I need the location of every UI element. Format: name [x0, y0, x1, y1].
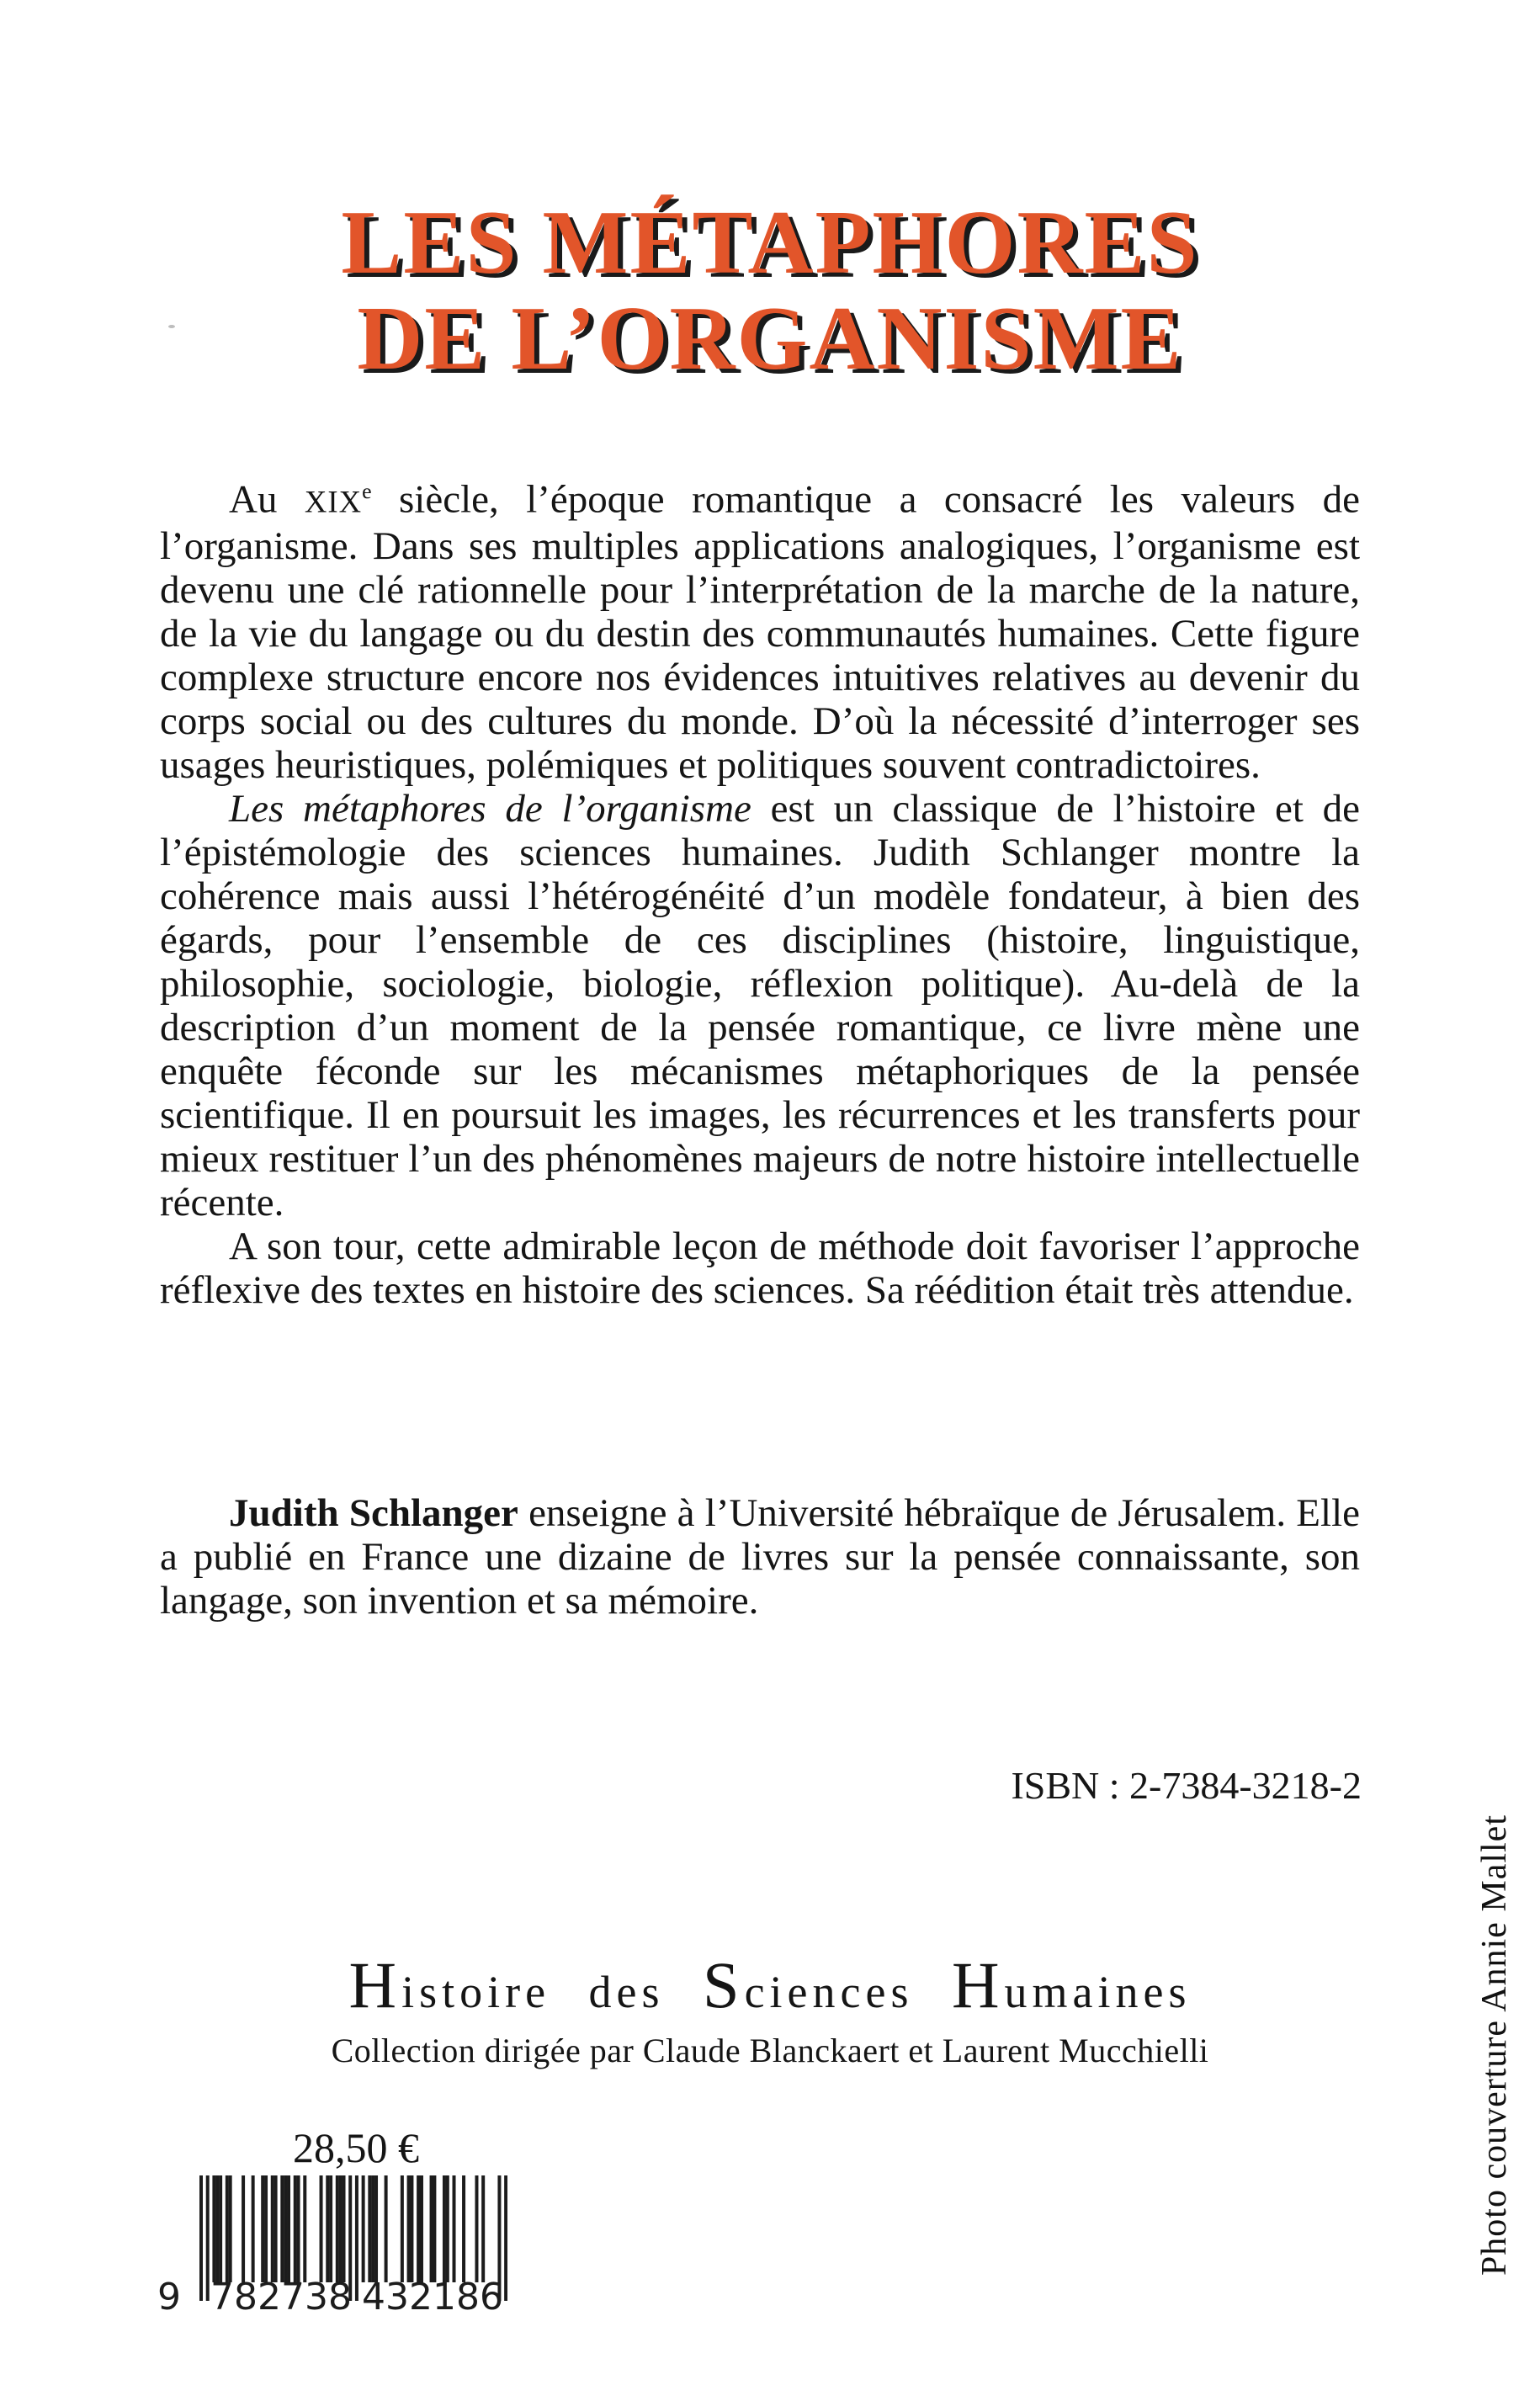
- book-title-line2: DE L’ORGANISME: [0, 291, 1540, 387]
- collection-word: Humaines: [952, 1951, 1192, 2026]
- collection-word: Histoire: [349, 1951, 551, 2026]
- author-name: Judith Schlanger: [229, 1491, 518, 1535]
- century-smallcaps: XIX: [305, 485, 362, 519]
- barcode-digit-group1: 782738: [210, 2278, 348, 2317]
- barcode-digit-left: 9: [157, 2278, 181, 2317]
- collection-block: Histoire des Sciences Humaines Collectio…: [0, 1951, 1540, 2070]
- barcode-digit-group2: 432186: [362, 2278, 500, 2317]
- paragraph-text: Au: [229, 478, 305, 522]
- synopsis-paragraph-3: A son tour, cette admirable leçon de mét…: [160, 1224, 1360, 1312]
- book-back-cover: LES MÉTAPHORES DE L’ORGANISME Au XIXe si…: [0, 0, 1540, 2385]
- book-title-italic: Les métaphores de l’organisme: [229, 787, 751, 831]
- author-note-paragraph: Judith Schlanger enseigne à l’Université…: [160, 1491, 1360, 1623]
- scan-speck: [168, 325, 175, 328]
- collection-word: des: [589, 1957, 665, 2026]
- paragraph-text: est un classique de l’histoire et de l’é…: [160, 787, 1360, 1224]
- isbn-line: ISBN : 2-7384-3218-2: [1011, 1764, 1362, 1808]
- barcode: 9 782738 432186: [199, 2175, 507, 2331]
- century-superscript: e: [362, 479, 371, 503]
- photo-credit-vertical: Photo couverture Annie Mallet: [1474, 1814, 1515, 2276]
- synopsis-paragraph-1: Au XIXe siècle, l’époque romantique a co…: [160, 470, 1360, 787]
- book-title-line1: LES MÉTAPHORES: [0, 195, 1540, 291]
- collection-title: Histoire des Sciences Humaines: [0, 1951, 1540, 2026]
- synopsis-paragraph-2: Les métaphores de l’organisme est un cla…: [160, 787, 1360, 1224]
- synopsis: Au XIXe siècle, l’époque romantique a co…: [160, 470, 1360, 1312]
- collection-subtitle: Collection dirigée par Claude Blanckaert…: [0, 2032, 1540, 2070]
- book-title: LES MÉTAPHORES DE L’ORGANISME: [0, 195, 1540, 387]
- paragraph-text: siècle, l’époque romantique a consacré l…: [160, 478, 1360, 787]
- price-label: 28,50 €: [202, 2126, 510, 2170]
- author-note: Judith Schlanger enseigne à l’Université…: [160, 1491, 1360, 1623]
- collection-word: Sciences: [703, 1951, 913, 2026]
